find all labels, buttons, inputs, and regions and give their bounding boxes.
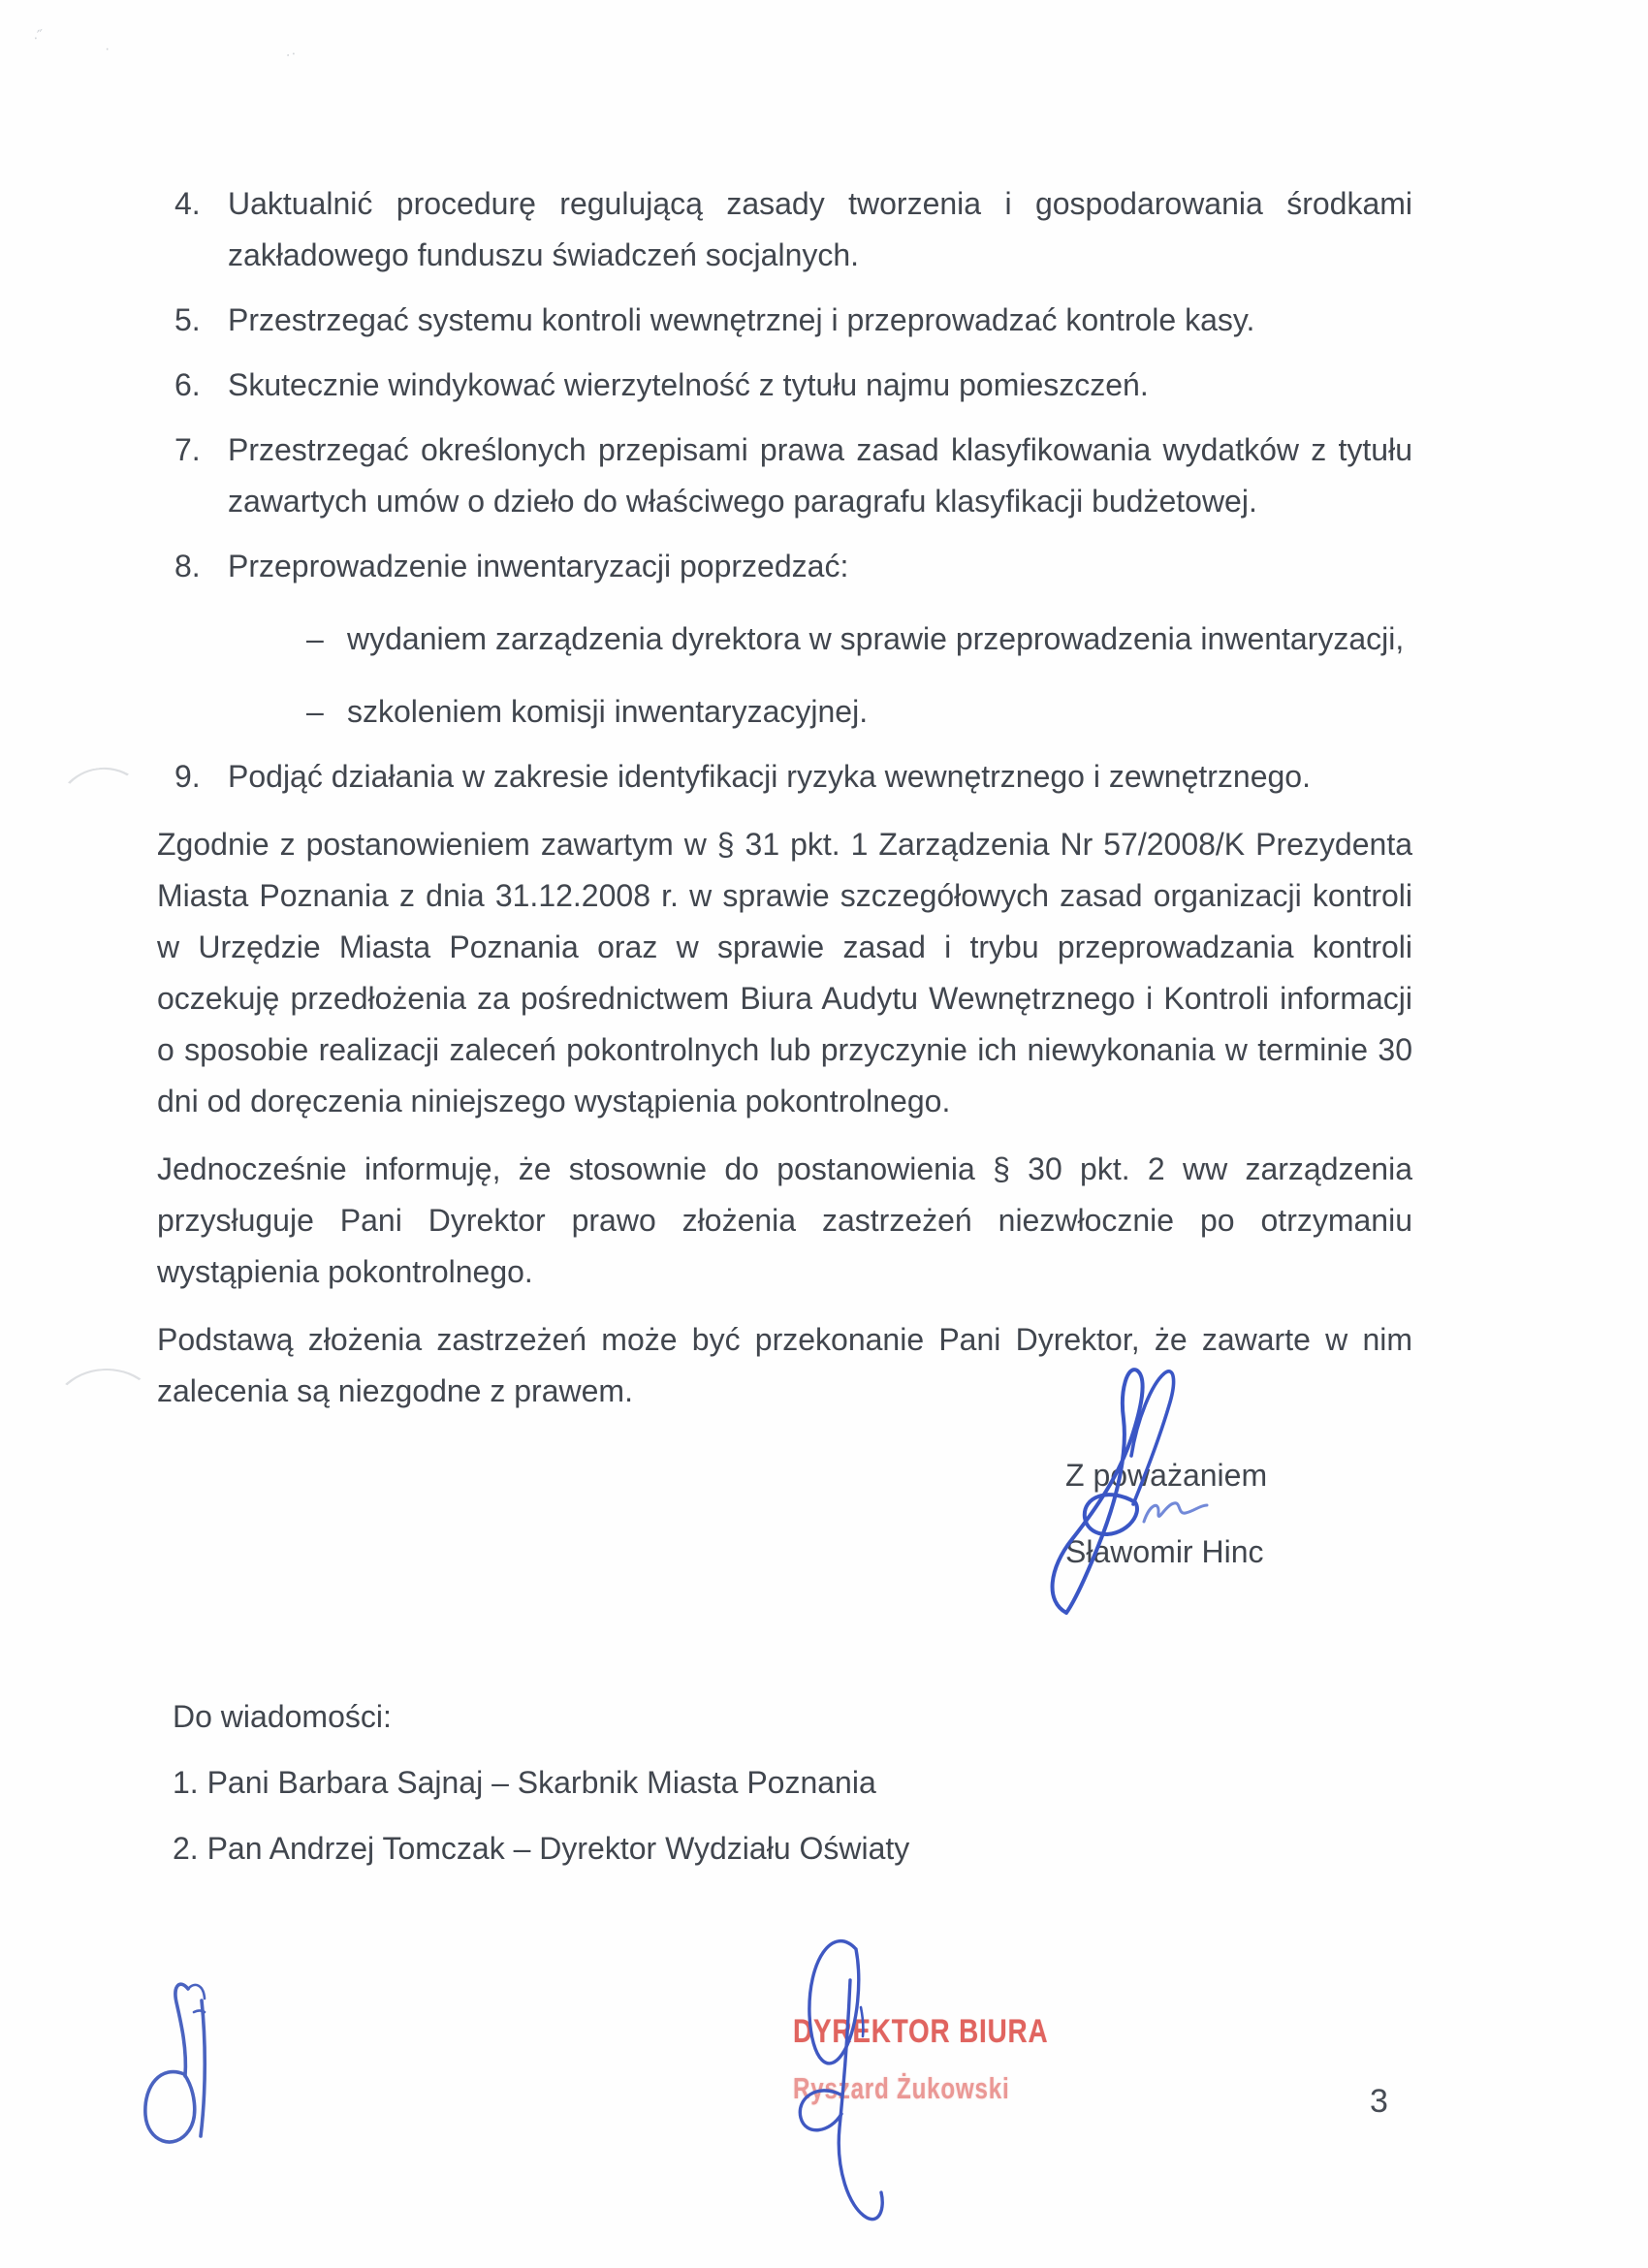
dash-sub-item-text: szkoleniem komisji inwentaryzacyjnej. — [347, 694, 868, 729]
body-paragraph: Podstawą złożenia zastrzeżeń może być pr… — [157, 1314, 1412, 1417]
list-item: 7.Przestrzegać określonych przepisami pr… — [157, 425, 1412, 527]
list-item-text: Przestrzegać określonych przepisami praw… — [228, 432, 1412, 519]
distribution-heading: Do wiadomości: — [173, 1691, 909, 1743]
letter-body: 4.Uaktualnić procedurę regulującą zasady… — [157, 178, 1412, 1417]
dash-icon: – — [306, 614, 324, 665]
page-number: 3 — [1370, 2076, 1388, 2127]
distribution-block: Do wiadomości: 1. Pani Barbara Sajnaj – … — [173, 1691, 909, 1874]
list-item-number: 7. — [174, 425, 201, 476]
scan-smudge: .· — [278, 27, 304, 79]
closing-block: Z poważaniem Sławomir Hinc — [1065, 1450, 1267, 1578]
handwritten-paraph — [134, 1973, 231, 2162]
scan-artifact-arc — [50, 762, 154, 858]
list-item-number: 4. — [174, 178, 201, 230]
list-item: 5.Przestrzegać systemu kontroli wewnętrz… — [157, 295, 1412, 346]
list-item-number: 8. — [174, 541, 201, 592]
body-paragraph: Zgodnie z postanowieniem zawartym w § 31… — [157, 819, 1412, 1127]
distribution-items: 1. Pani Barbara Sajnaj – Skarbnik Miasta… — [173, 1757, 909, 1874]
scan-smudge: ·˝ — [26, 12, 49, 64]
dash-icon: – — [306, 686, 324, 738]
signer-name: Sławomir Hinc — [1065, 1527, 1267, 1578]
list-item: 4.Uaktualnić procedurę regulującą zasady… — [157, 178, 1412, 281]
list-item-number: 6. — [174, 360, 201, 411]
list-item: 9.Podjąć działania w zakresie identyfika… — [157, 751, 1412, 803]
stamp-name: Ryszard Żukowski — [793, 2072, 1050, 2105]
list-item: 8.Przeprowadzenie inwentaryzacji poprzed… — [157, 541, 1412, 738]
scan-artifact-arc — [46, 1365, 167, 1473]
letter-paragraphs: Zgodnie z postanowieniem zawartym w § 31… — [157, 819, 1412, 1417]
list-item-number: 5. — [174, 295, 201, 346]
list-item-text: Skutecznie windykować wierzytelność z ty… — [228, 367, 1149, 402]
stamp-title: DYREKTOR BIURA — [793, 2014, 1063, 2049]
list-item-text: Przestrzegać systemu kontroli wewnętrzne… — [228, 302, 1254, 337]
scan-smudge: · — [105, 23, 110, 75]
closing-salutation: Z poważaniem — [1065, 1450, 1267, 1501]
body-paragraph: Jednocześnie informuję, że stosownie do … — [157, 1144, 1412, 1298]
director-stamp: DYREKTOR BIURA Ryszard Żukowski — [793, 2014, 1123, 2105]
distribution-item: 2. Pan Andrzej Tomczak – Dyrektor Wydzia… — [173, 1823, 909, 1874]
document-page: ·˝ · .· 4.Uaktualnić procedurę regulując… — [0, 0, 1648, 2268]
dash-sub-item: –szkoleniem komisji inwentaryzacyjnej. — [228, 686, 1412, 738]
dash-sub-item-text: wydaniem zarządzenia dyrektora w sprawie… — [347, 621, 1404, 656]
list-item-text: Uaktualnić procedurę regulującą zasady t… — [228, 186, 1412, 272]
list-item-number: 9. — [174, 751, 201, 803]
distribution-item: 1. Pani Barbara Sajnaj – Skarbnik Miasta… — [173, 1757, 909, 1809]
list-item-text: Podjąć działania w zakresie identyfikacj… — [228, 759, 1311, 794]
dash-sub-item: –wydaniem zarządzenia dyrektora w sprawi… — [228, 614, 1412, 665]
list-item: 6.Skutecznie windykować wierzytelność z … — [157, 360, 1412, 411]
recommendations-list: 4.Uaktualnić procedurę regulującą zasady… — [157, 178, 1412, 803]
list-item-text: Przeprowadzenie inwentaryzacji poprzedza… — [228, 549, 848, 583]
